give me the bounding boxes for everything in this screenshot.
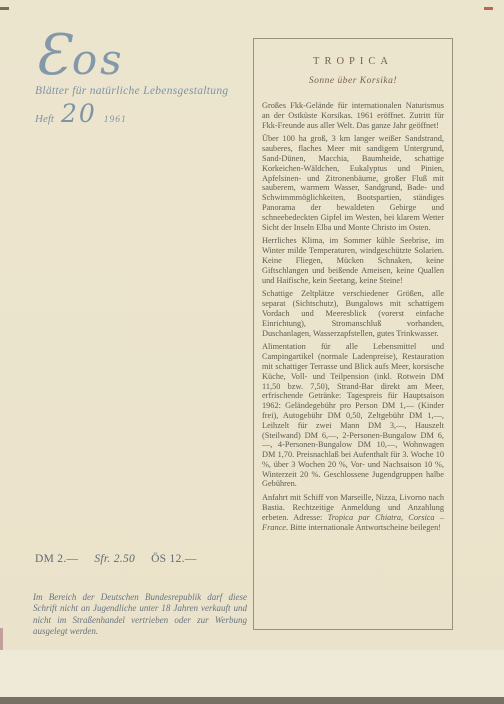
scan-mark-top-left [0, 7, 9, 10]
magazine-title: Ɛos [34, 28, 125, 84]
ad-paragraph-terrain: Über 100 ha groß, 3 km langer weißer San… [262, 134, 444, 232]
ad-title: TROPICA [262, 56, 444, 67]
price-dm: DM 2.— [35, 553, 78, 565]
ad-box-tropica: TROPICA Sonne über Korsika! Großes Fkk-G… [253, 38, 453, 630]
issue-line: Heft 20 1961 [35, 99, 127, 128]
legal-notice: Im Bereich der Deutschen Bundesrepublik … [33, 592, 247, 638]
ad-body: Großes Fkk-Gelände für internationalen N… [262, 101, 444, 532]
magazine-subtitle: Blätter für natürliche Lebensgestaltung [35, 85, 245, 97]
magazine-title-initial: Ɛ [34, 23, 72, 88]
scan-page-edge [0, 650, 504, 697]
ad-paragraph-prices: Alimentation für alle Lebensmittel und C… [262, 342, 444, 489]
ad-subtitle: Sonne über Korsika! [262, 76, 444, 86]
ad-paragraph-facilities: Schattige Zeltplätze verschiedener Größe… [262, 289, 444, 338]
scan-bottom-bar [0, 697, 504, 704]
ad-paragraph-intro: Großes Fkk-Gelände für internationalen N… [262, 101, 444, 130]
issue-year: 1961 [104, 115, 127, 125]
issue-number: 20 [61, 99, 97, 128]
ad-paragraph-closing: Anfahrt mit Schiff von Marseille, Nizza,… [262, 493, 444, 532]
price-oes: ÖS 12.— [151, 553, 197, 565]
scan-mark-top-right [484, 7, 493, 10]
magazine-title-rest: os [72, 35, 125, 84]
price-line: DM 2.— Sfr. 2.50 ÖS 12.— [35, 553, 197, 565]
ad-paragraph-climate: Herrliches Klima, im Sommer kühle Seebri… [262, 236, 444, 285]
ad-closing-post: . Bitte internationale Antwortscheine be… [286, 523, 441, 532]
price-sfr: Sfr. 2.50 [94, 553, 135, 565]
issue-label: Heft [35, 113, 54, 125]
magazine-cover-page: Ɛos Blätter für natürliche Lebensgestalt… [0, 0, 504, 704]
